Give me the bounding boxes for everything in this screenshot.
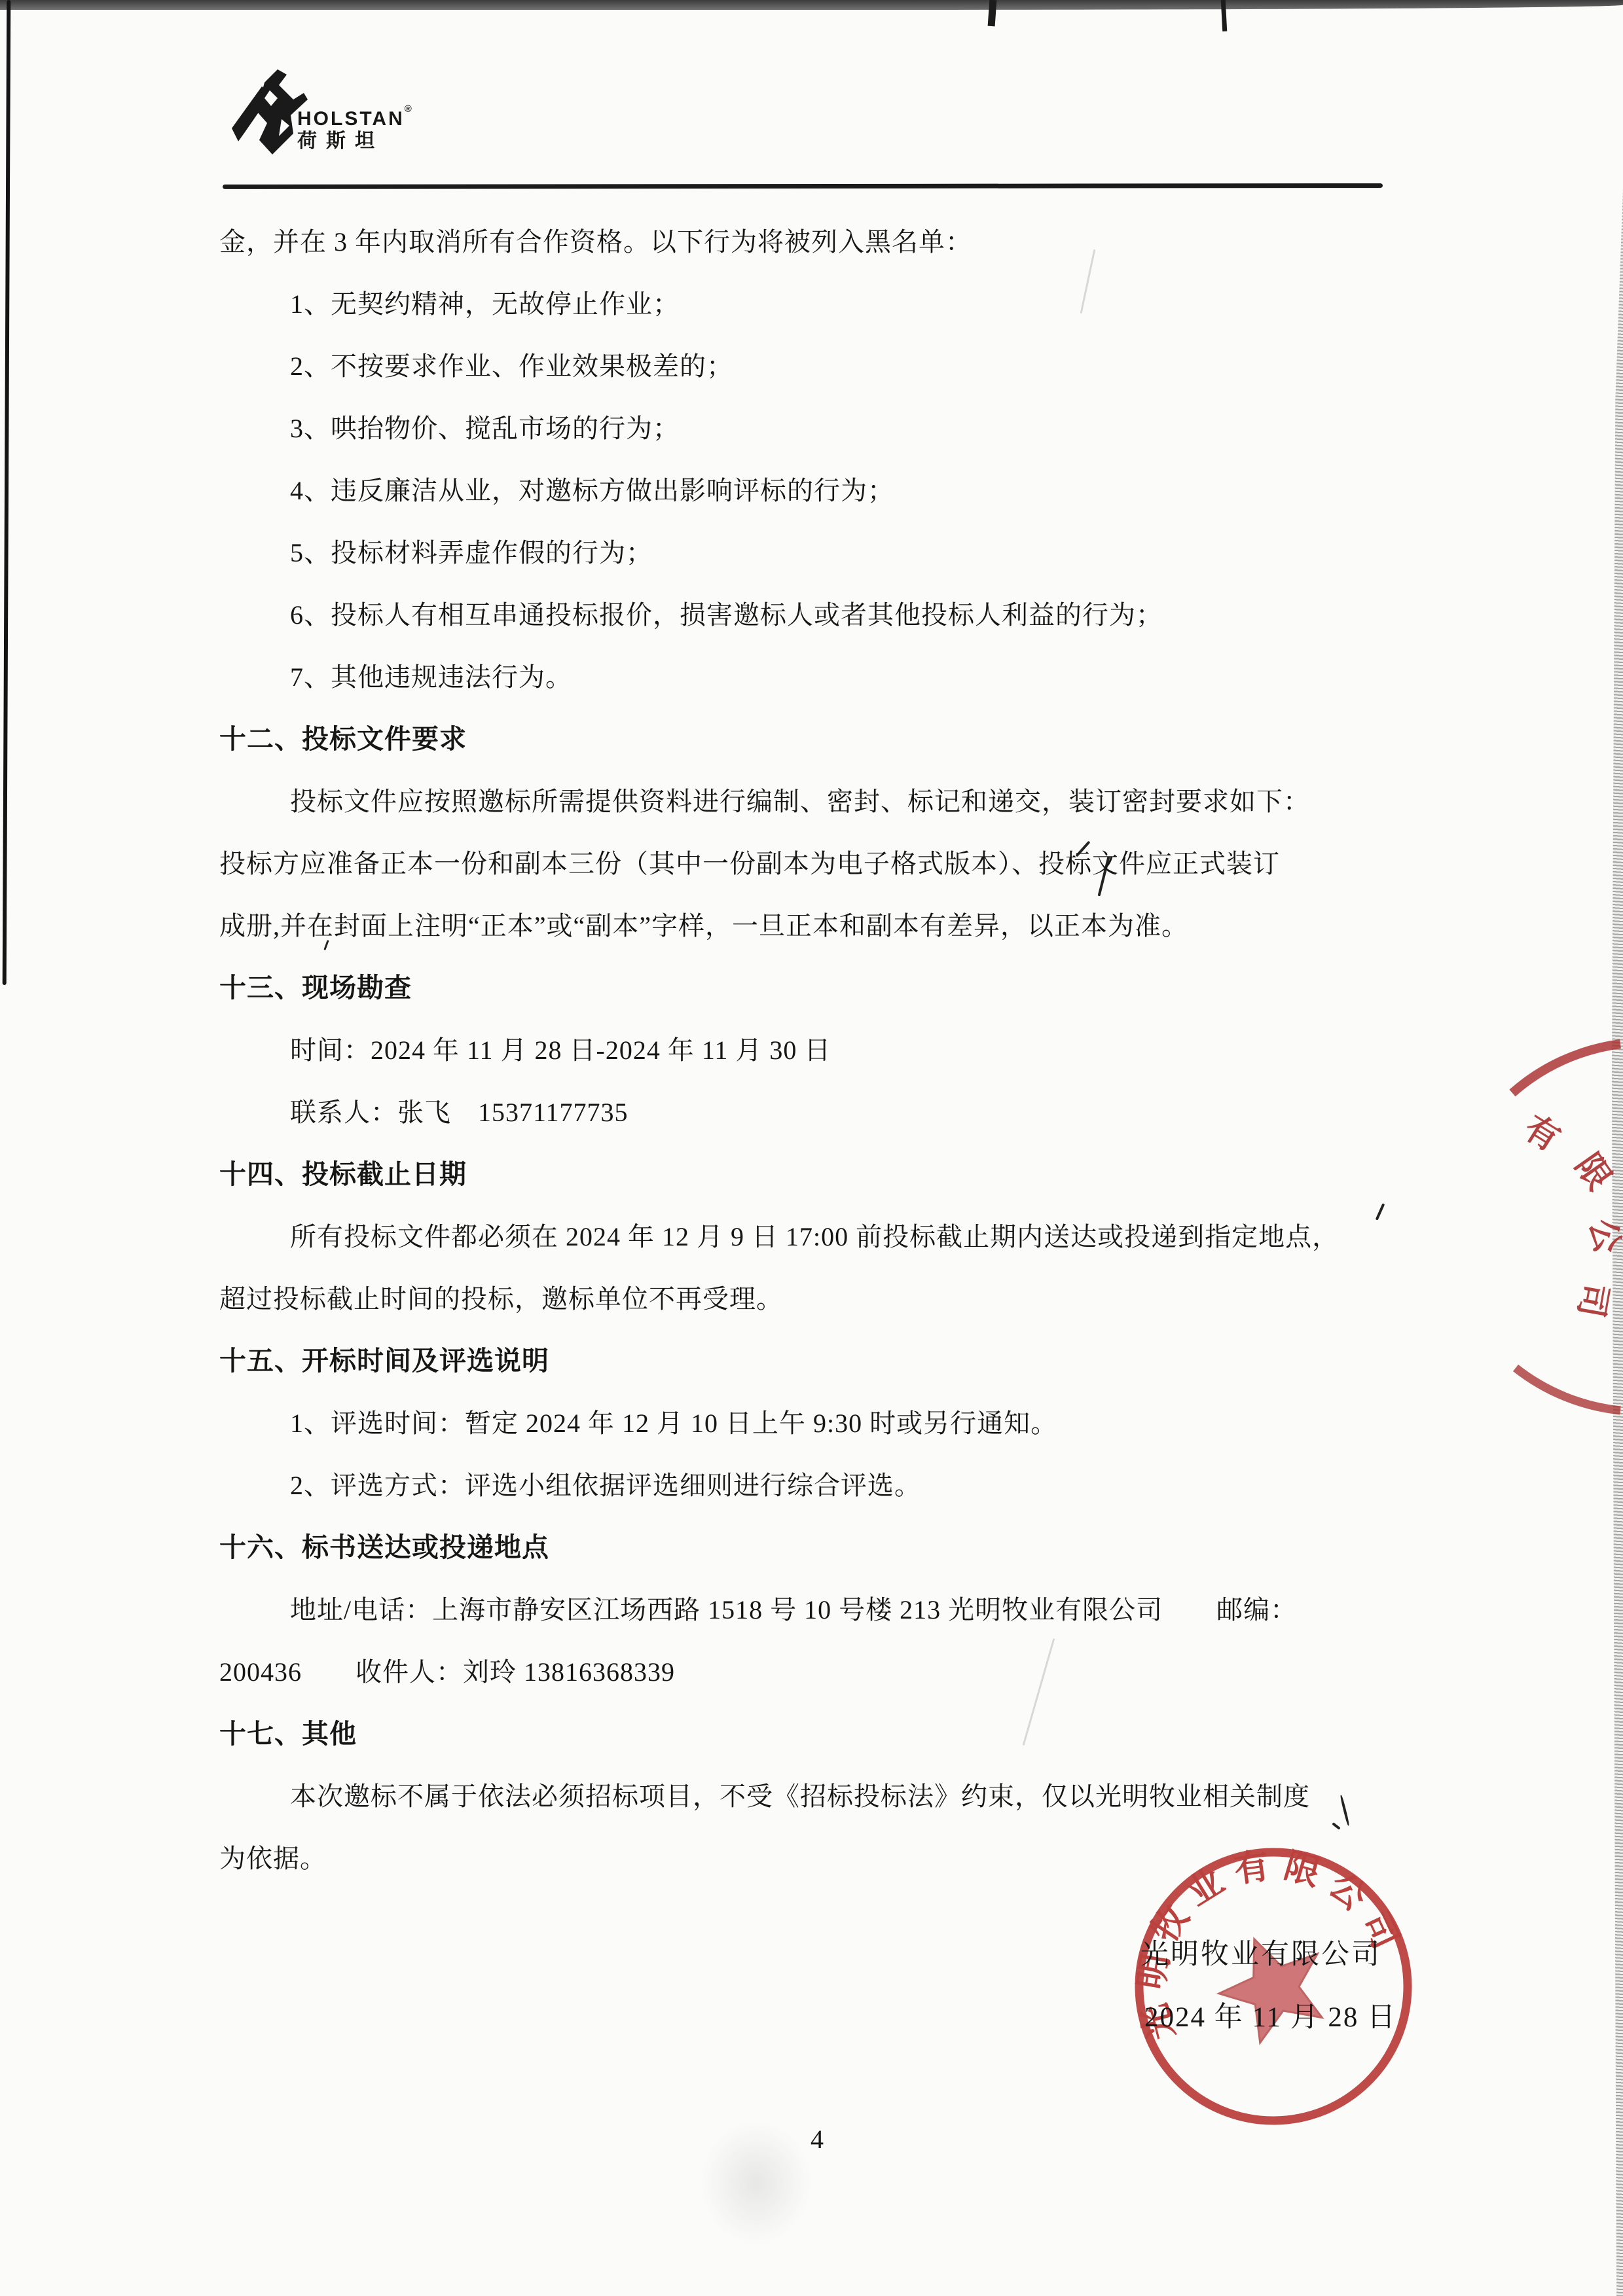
document-line: 所有投标文件都必须在 2024 年 12 月 9 日 17:00 前投标截止期内…: [219, 1206, 1417, 1268]
section-heading: 十二、投标文件要求: [219, 708, 1417, 770]
document-lines: 金，并在 3 年内取消所有合作资格。以下行为将被列入黑名单：1、无契约精神，无故…: [219, 211, 1417, 1890]
document-line: 时间：2024 年 11 月 28 日-2024 年 11 月 30 日: [219, 1019, 1417, 1081]
section-heading: 十五、开标时间及评选说明: [219, 1330, 1417, 1392]
document-line: 3、哄抬物价、搅乱市场的行为；: [219, 397, 1417, 459]
scanner-top-edge: [0, 0, 1623, 10]
registered-mark: ®: [405, 103, 412, 115]
document-line: 超过投标截止时间的投标，邀标单位不再受理。: [219, 1268, 1417, 1330]
signature-company: 光明牧业有限公司: [1140, 1932, 1381, 1972]
scan-stain: [701, 2121, 812, 2245]
company-logo: HOLSTAN® 荷斯坦: [230, 63, 447, 161]
document-line: 联系人：张飞 15371177735: [219, 1081, 1417, 1143]
section-heading: 十三、现场勘查: [219, 957, 1417, 1019]
document-line: 金，并在 3 年内取消所有合作资格。以下行为将被列入黑名单：: [219, 211, 1417, 273]
section-heading: 十七、其他: [219, 1703, 1417, 1765]
document-line: 2、不按要求作业、作业效果极差的；: [219, 335, 1417, 397]
scanner-left-edge: [3, 0, 11, 985]
document-line: 本次邀标不属于依法必须招标项目，不受《招标投标法》约束，仅以光明牧业相关制度: [219, 1765, 1417, 1827]
header-rule: [223, 183, 1383, 189]
section-heading: 十六、标书送达或投递地点: [219, 1516, 1417, 1579]
page-number: 4: [811, 2124, 824, 2155]
section-heading: 十四、投标截止日期: [219, 1143, 1417, 1206]
brand-name-chinese: 荷斯坦: [297, 124, 384, 153]
document-line: 投标方应准备正本一份和副本三份（其中一份副本为电子格式版本）、投标文件应正式装订: [219, 833, 1417, 895]
document-line: 1、评选时间：暂定 2024 年 12 月 10 日上午 9:30 时或另行通知…: [219, 1392, 1417, 1454]
document-line: 投标文件应按照邀标所需提供资料进行编制、密封、标记和递交，装订密封要求如下：: [219, 770, 1417, 833]
scan-speck: [988, 0, 997, 26]
document-line: 成册,并在封面上注明“正本”或“副本”字样，一旦正本和副本有差异，以正本为准。: [219, 895, 1417, 957]
document-line: 7、其他违规违法行为。: [219, 646, 1417, 708]
document-line: 5、投标材料弄虚作假的行为；: [219, 522, 1417, 584]
document-line: 200436 收件人：刘玲 13816368339: [219, 1641, 1417, 1703]
document-line: 6、投标人有相互串通投标报价，损害邀标人或者其他投标人利益的行为；: [219, 584, 1417, 646]
document-line: 地址/电话：上海市静安区江场西路 1518 号 10 号楼 213 光明牧业有限…: [219, 1579, 1417, 1641]
document-line: 2、评选方式：评选小组依据评选细则进行综合评选。: [219, 1454, 1417, 1516]
document-line: 4、违反廉洁从业，对邀标方做出影响评标的行为；: [219, 459, 1417, 522]
company-seal: 光明牧业有限公司: [1116, 1829, 1431, 2144]
signature-date: 2024 年 11 月 28 日: [1144, 1995, 1396, 2035]
document-line: 1、无契约精神，无故停止作业；: [219, 273, 1417, 335]
partial-seal: 有 限 公 司: [1467, 1021, 1623, 1427]
